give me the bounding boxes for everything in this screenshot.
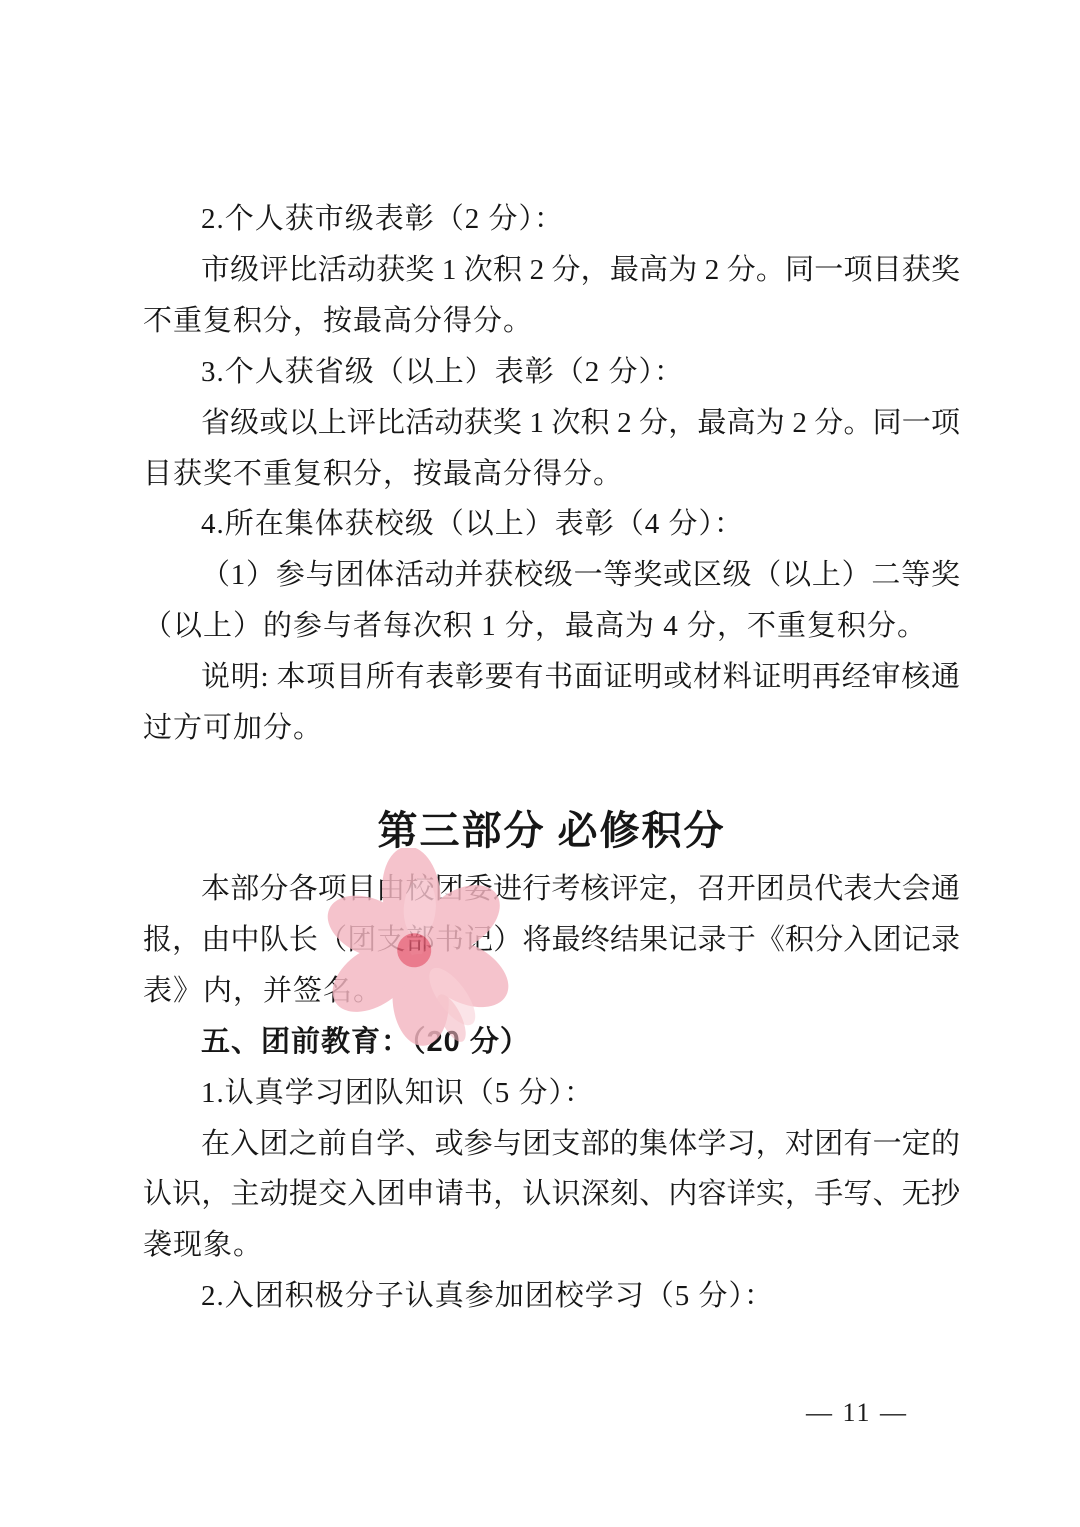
body-line: 1.认真学习团队知识（5 分）： [143,1068,960,1119]
page-number: — 11 — [790,1398,924,1428]
body-line: 本部分各项目由校团委进行考核评定，召开团员代表大会通 [143,864,960,915]
body-line: 2.入团积极分子认真参加团校学习（5 分）： [143,1271,960,1322]
body-line: 过方可加分。 [143,703,960,754]
body-line: 4.所在集体获校级（以上）表彰（4 分）： [143,499,960,550]
document-body: 2.个人获市级表彰（2 分）： 市级评比活动获奖 1 次积 2 分，最高为 2 … [143,194,960,1322]
body-line: 在入团之前自学、或参与团支部的集体学习，对团有一定的 [143,1119,960,1170]
body-line: 2.个人获市级表彰（2 分）： [143,194,960,245]
section-heading: 第三部分 必修积分 [143,801,960,861]
body-line: 袭现象。 [143,1220,960,1271]
body-line: 3.个人获省级（以上）表彰（2 分）： [143,347,960,398]
body-line: 省级或以上评比活动获奖 1 次积 2 分，最高为 2 分。同一项 [143,398,960,449]
body-line: 目获奖不重复积分，按最高分得分。 [143,449,960,500]
subsection-heading: 五、团前教育：（20 分） [143,1017,960,1068]
body-line: 市级评比活动获奖 1 次积 2 分，最高为 2 分。同一项目获奖 [143,245,960,296]
body-line: 表》内，并签名。 [143,966,960,1017]
body-line: （以上）的参与者每次积 1 分，最高为 4 分，不重复积分。 [143,601,960,652]
body-line: （1）参与团体活动并获校级一等奖或区级（以上）二等奖 [143,550,960,601]
body-line: 说明: 本项目所有表彰要有书面证明或材料证明再经审核通 [143,652,960,703]
document-page: 2.个人获市级表彰（2 分）： 市级评比活动获奖 1 次积 2 分，最高为 2 … [0,0,1080,1527]
body-line: 认识，主动提交入团申请书，认识深刻、内容详实，手写、无抄 [143,1169,960,1220]
body-line: 报，由中队长（团支部书记）将最终结果记录于《积分入团记录 [143,915,960,966]
body-line: 不重复积分，按最高分得分。 [143,296,960,347]
